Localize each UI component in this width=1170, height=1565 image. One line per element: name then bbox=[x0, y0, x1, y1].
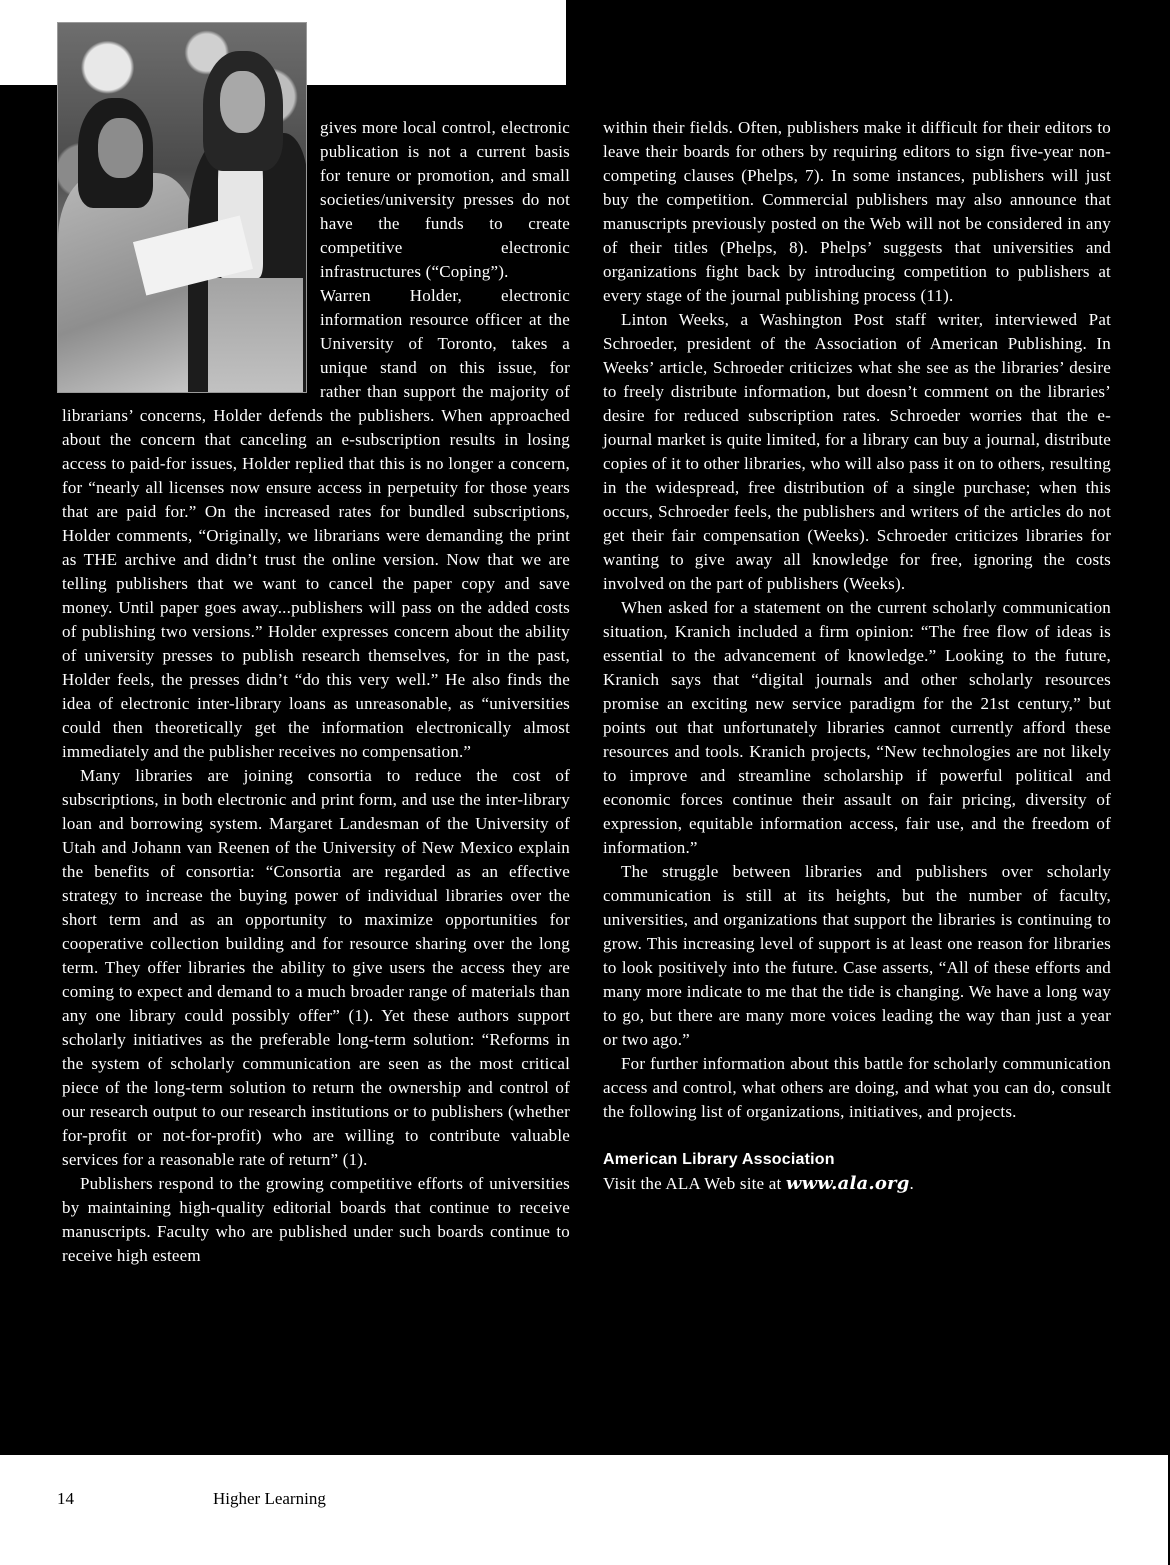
visit-prefix: Visit the ALA Web site at bbox=[603, 1174, 786, 1193]
right-text-column: within their fields. Often, publishers m… bbox=[603, 116, 1111, 1196]
organization-url-link[interactable]: www.ala.org bbox=[786, 1173, 910, 1194]
paragraph: Many libraries are joining consortia to … bbox=[62, 764, 570, 1172]
organization-visit-line: Visit the ALA Web site at www.ala.org. bbox=[603, 1172, 1111, 1196]
paragraph: When asked for a statement on the curren… bbox=[603, 596, 1111, 860]
paragraph: Publishers respond to the growing compet… bbox=[62, 1172, 570, 1268]
publication-title: Higher Learning bbox=[213, 1489, 326, 1509]
paragraph: within their fields. Often, publishers m… bbox=[603, 116, 1111, 308]
paragraph: For further information about this battl… bbox=[603, 1052, 1111, 1124]
visit-suffix: . bbox=[910, 1174, 914, 1193]
left-text-column: gives more local control, electronic pub… bbox=[62, 116, 570, 1268]
paragraph: The struggle between libraries and publi… bbox=[603, 860, 1111, 1052]
organization-heading: American Library Association bbox=[603, 1148, 1111, 1172]
page-number: 14 bbox=[57, 1489, 74, 1509]
photo-wrap-spacer bbox=[62, 116, 320, 400]
paragraph: Linton Weeks, a Washington Post staff wr… bbox=[603, 308, 1111, 596]
